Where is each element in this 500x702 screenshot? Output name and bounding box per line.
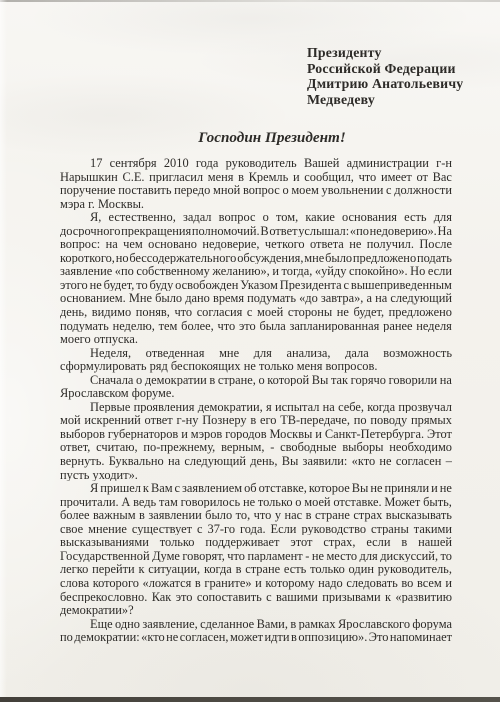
word: беспокоящих bbox=[171, 359, 241, 373]
word: рамках bbox=[299, 617, 336, 631]
word: сообщил, bbox=[304, 170, 354, 184]
word: прекращения bbox=[121, 224, 191, 238]
word: Нарышкин bbox=[60, 170, 118, 184]
text-line: сформулироватьрядбеспокоящихнетолькоменя… bbox=[60, 359, 452, 373]
word: то, bbox=[236, 508, 251, 522]
word: и bbox=[293, 170, 300, 184]
word: на bbox=[168, 454, 180, 468]
word: пришел bbox=[100, 481, 141, 495]
word: поставить bbox=[118, 183, 171, 197]
text-line: основанием.Мнебылодановремяподумать«доза… bbox=[60, 291, 452, 305]
word: мэра bbox=[60, 197, 85, 211]
word: согласен, bbox=[180, 630, 229, 644]
word: это bbox=[239, 319, 256, 333]
word: не bbox=[379, 454, 391, 468]
recipient-line: Медведеву bbox=[307, 92, 463, 108]
word: то bbox=[441, 549, 452, 563]
letter-body: 17сентября2010годаруководительВашейадмин… bbox=[60, 156, 452, 644]
word: вопрос bbox=[243, 183, 280, 197]
word: ТВ-передаче, bbox=[280, 413, 350, 427]
word: короткого, bbox=[60, 251, 115, 265]
word: напоминает bbox=[390, 630, 452, 644]
word: к bbox=[143, 481, 149, 495]
word: беспрекословно. bbox=[60, 590, 147, 604]
word: страх, bbox=[323, 535, 355, 549]
word: для bbox=[254, 346, 272, 360]
text-line: этогонебудет,тобудуосвобожденУказомПрези… bbox=[60, 278, 452, 292]
word: и bbox=[315, 427, 322, 441]
word: что bbox=[218, 319, 236, 333]
word: Президента bbox=[280, 278, 342, 292]
word: испытал bbox=[275, 400, 319, 414]
text-line: мойискреннийответг-нуПознерувегоТВ-перед… bbox=[60, 413, 452, 427]
word: в bbox=[209, 373, 215, 387]
text-line: подемократии:«ктонесогласен,можетидтивоп… bbox=[60, 630, 452, 644]
word: вопрос: bbox=[60, 237, 100, 251]
word: вопросов. bbox=[326, 359, 378, 373]
word: и bbox=[255, 576, 262, 590]
word: важным bbox=[93, 508, 136, 522]
word: моем bbox=[291, 183, 319, 197]
word: видимо bbox=[92, 305, 131, 319]
word: дано bbox=[185, 291, 210, 305]
word: к bbox=[385, 590, 391, 604]
word: слова bbox=[60, 576, 89, 590]
word: отставке, bbox=[259, 481, 307, 495]
paragraph: Ещеоднозаявление,сделанноеВами,врамкахЯр… bbox=[60, 617, 452, 644]
word: ответа bbox=[310, 237, 344, 251]
text-line: легкоперейтикситуации,когдавстранеестьто… bbox=[60, 562, 452, 576]
word: и bbox=[445, 576, 452, 590]
word: Вам bbox=[151, 481, 173, 495]
word: буду bbox=[150, 278, 174, 292]
word: меня bbox=[208, 170, 234, 184]
word: когда bbox=[204, 562, 232, 576]
word: свободные bbox=[280, 440, 336, 454]
word: день, bbox=[60, 305, 87, 319]
word: если bbox=[366, 535, 390, 549]
word: выборы bbox=[342, 440, 383, 454]
word: заявлении bbox=[148, 508, 201, 522]
word: задал bbox=[183, 210, 212, 224]
text-line: Ещеоднозаявление,сделанноеВами,врамкахЯр… bbox=[60, 617, 452, 631]
word: не bbox=[90, 278, 102, 292]
word: вопрос bbox=[219, 210, 256, 224]
word: высказываниями bbox=[60, 535, 149, 549]
word: «уйду bbox=[315, 264, 347, 278]
word: основания bbox=[342, 210, 397, 224]
text-line: вернуть.Буквальнонаследующийдень,Вызаяви… bbox=[60, 454, 452, 468]
word: Еще bbox=[90, 617, 113, 631]
word: дискуссий, bbox=[380, 549, 438, 563]
word: выборов bbox=[60, 427, 105, 441]
text-line: вопрос:начемоснованонедоверие,четкогоотв… bbox=[60, 237, 452, 251]
word: «по bbox=[350, 224, 369, 238]
word: парламент bbox=[247, 549, 302, 563]
word: граните» bbox=[204, 576, 251, 590]
word: существует bbox=[132, 522, 192, 536]
word: Ярославском bbox=[60, 386, 129, 400]
word: о bbox=[282, 183, 288, 197]
word: на bbox=[323, 400, 335, 414]
recipient-line: Президенту bbox=[307, 45, 463, 61]
word: что bbox=[227, 549, 245, 563]
word: идти bbox=[265, 630, 290, 644]
word: собственному bbox=[136, 264, 209, 278]
text-line: Первыепроявлениядемократии,яиспыталнасеб… bbox=[60, 400, 452, 414]
word: говорят, bbox=[182, 549, 224, 563]
scan-left-edge bbox=[0, 0, 7, 702]
word: Я, bbox=[90, 210, 101, 224]
text-line: беспрекословно.Какэтосопоставитьсвашимип… bbox=[60, 590, 452, 604]
word: - bbox=[270, 440, 274, 454]
word: день, bbox=[250, 454, 277, 468]
word: не bbox=[370, 481, 382, 495]
text-line: день,видимопоняв,чтосогласиясмоейстороны… bbox=[60, 305, 452, 319]
word: в bbox=[238, 170, 244, 184]
word: всем bbox=[417, 576, 442, 590]
text-line: своемнениесуществуетс37-гогода.Еслируков… bbox=[60, 522, 452, 536]
word: этот bbox=[290, 535, 312, 549]
word: искренний bbox=[84, 413, 140, 427]
word: Думе bbox=[152, 549, 180, 563]
word: быть, bbox=[423, 495, 452, 509]
word: руководство bbox=[301, 522, 366, 536]
word: поняв, bbox=[136, 305, 170, 319]
word: отведенная bbox=[146, 346, 205, 360]
word: к bbox=[138, 562, 144, 576]
word: Но bbox=[410, 264, 425, 278]
word: ситуации, bbox=[148, 562, 200, 576]
word: заявлением bbox=[182, 481, 242, 495]
word: анализа, bbox=[286, 346, 330, 360]
word: говорили bbox=[389, 373, 438, 387]
word: мне bbox=[304, 251, 324, 265]
word: Вы bbox=[312, 373, 329, 387]
word: прозвучал bbox=[398, 400, 452, 414]
word: нас bbox=[285, 508, 303, 522]
word: Вами, bbox=[257, 617, 288, 631]
word: но bbox=[116, 251, 129, 265]
word: ведь bbox=[133, 495, 156, 509]
word: Ярославского bbox=[338, 617, 410, 631]
text-line: выборовгубернаторовимэровгородовМосквыиС… bbox=[60, 427, 452, 441]
word: Вы bbox=[282, 454, 299, 468]
word: Вы bbox=[352, 481, 369, 495]
word: которому bbox=[265, 576, 314, 590]
recipient-block: ПрезидентуРоссийской ФедерацииДмитрию Ан… bbox=[307, 45, 463, 108]
word: форума bbox=[412, 617, 452, 631]
word: Если bbox=[271, 522, 297, 536]
word: стране bbox=[245, 562, 280, 576]
word: что bbox=[254, 508, 272, 522]
text-line: короткого,нобессодержательногообсуждения… bbox=[60, 251, 452, 265]
word: тем bbox=[159, 319, 178, 333]
word: более, bbox=[181, 319, 214, 333]
word: 17 bbox=[90, 156, 102, 170]
salutation-heading: Господин Президент! bbox=[60, 129, 468, 147]
word: одно bbox=[115, 617, 140, 631]
word: подумать bbox=[60, 319, 109, 333]
word: которое bbox=[309, 481, 350, 495]
word: прямых bbox=[411, 413, 452, 427]
word: стране bbox=[315, 508, 350, 522]
paragraph: Сначалаодемократиивстране,окоторойВытакг… bbox=[60, 373, 452, 400]
word: более bbox=[60, 508, 90, 522]
word: том, bbox=[276, 210, 298, 224]
word: которой bbox=[267, 373, 309, 387]
word: в bbox=[250, 413, 256, 427]
word: не bbox=[337, 305, 349, 319]
word: только bbox=[259, 359, 294, 373]
word: моей bbox=[257, 305, 283, 319]
word: проявления bbox=[134, 400, 195, 414]
word: демократии, bbox=[198, 400, 263, 414]
word: вашими bbox=[276, 590, 318, 604]
word: сделанное bbox=[200, 617, 254, 631]
word: только bbox=[310, 562, 345, 576]
word: основано bbox=[148, 237, 197, 251]
word: необходимо bbox=[389, 440, 452, 454]
word: ответ bbox=[145, 413, 173, 427]
word: предложено bbox=[389, 305, 452, 319]
word: Познеру bbox=[202, 413, 246, 427]
word: следующий bbox=[184, 454, 246, 468]
word: время bbox=[213, 291, 244, 305]
word: городов bbox=[225, 427, 266, 441]
word: мэров bbox=[191, 427, 223, 441]
text-line: поручениепоставитьпередомнойвопросомоему… bbox=[60, 183, 452, 197]
paragraph: Неделя,отведеннаямнедляанализа,далавозмо… bbox=[60, 346, 452, 373]
word: не bbox=[166, 630, 178, 644]
word: пусть bbox=[60, 468, 89, 482]
word: поводу bbox=[370, 413, 407, 427]
text-line: болееважнымвзаявлениибылото,чтоунасвстра… bbox=[60, 508, 452, 522]
word: мой bbox=[60, 413, 81, 427]
word: не bbox=[312, 549, 324, 563]
word: Может bbox=[384, 495, 420, 509]
word: Буквально bbox=[109, 454, 164, 468]
word: «кто bbox=[141, 630, 165, 644]
word: чем bbox=[123, 237, 143, 251]
word: у bbox=[275, 508, 281, 522]
word: надо bbox=[318, 576, 343, 590]
word: поддерживает bbox=[205, 535, 279, 549]
word: о bbox=[258, 373, 264, 387]
recipient-line: Дмитрию Анатольевичу bbox=[307, 76, 463, 92]
word: высказывать bbox=[386, 508, 452, 522]
word: основанием. bbox=[60, 291, 126, 305]
word: в bbox=[139, 508, 145, 522]
scanned-letter-page: ПрезидентуРоссийской ФедерацииДмитрию Ан… bbox=[0, 0, 500, 702]
word: Вашей bbox=[304, 156, 339, 170]
word: завтра», bbox=[321, 291, 364, 305]
word: на bbox=[440, 373, 452, 387]
word: какие bbox=[305, 210, 334, 224]
word: нашей bbox=[418, 535, 452, 549]
word: и bbox=[431, 481, 438, 495]
word: имеет bbox=[381, 170, 412, 184]
text-line: Сначалаодемократиивстране,окоторойВытакг… bbox=[60, 373, 452, 387]
word: 37-го bbox=[208, 522, 236, 536]
word: предложено bbox=[353, 251, 416, 265]
word: естественно, bbox=[109, 210, 176, 224]
word: Москвы bbox=[269, 427, 312, 441]
word: перейти bbox=[92, 562, 135, 576]
word: а bbox=[367, 291, 373, 305]
word: недоверие, bbox=[202, 237, 259, 251]
word: вернуть. bbox=[60, 454, 104, 468]
word: следовать bbox=[346, 576, 397, 590]
scan-top-edge bbox=[0, 0, 500, 2]
word: меня bbox=[297, 359, 323, 373]
word: Указом bbox=[240, 278, 278, 292]
text-line: подуматьнеделю,темболее,чтоэтобылазаплан… bbox=[60, 319, 452, 333]
word: Это bbox=[369, 630, 389, 644]
word: с bbox=[386, 183, 392, 197]
word: «развитию bbox=[395, 590, 452, 604]
word: такими bbox=[414, 522, 452, 536]
word: и bbox=[272, 264, 279, 278]
word: с bbox=[343, 278, 349, 292]
word: по bbox=[354, 413, 367, 427]
word: моего bbox=[60, 332, 91, 346]
word: с bbox=[175, 481, 181, 495]
text-line: 17сентября2010годаруководительВашейадмин… bbox=[60, 156, 452, 170]
word: «кто bbox=[352, 454, 376, 468]
word: обсуждения, bbox=[237, 251, 303, 265]
word: - bbox=[305, 549, 309, 563]
word: Кремль bbox=[249, 170, 289, 184]
word: желанию», bbox=[212, 264, 269, 278]
word: не bbox=[349, 237, 361, 251]
word: и bbox=[181, 427, 188, 441]
word: дала bbox=[345, 346, 369, 360]
text-line: Я,естественно,задалвопросотом,какиеоснов… bbox=[60, 210, 452, 224]
paragraph: Первыепроявлениядемократии,яиспыталнасеб… bbox=[60, 400, 452, 481]
word: освобожден bbox=[175, 278, 238, 292]
word: сформулировать bbox=[60, 359, 147, 373]
word: есть bbox=[404, 210, 426, 224]
word: с bbox=[266, 590, 272, 604]
word: С.Е. bbox=[122, 170, 144, 184]
word: в bbox=[401, 535, 407, 549]
word: что bbox=[359, 170, 377, 184]
word: «до bbox=[299, 291, 318, 305]
word: не bbox=[243, 495, 255, 509]
word: Санкт-Петербурга. bbox=[325, 427, 424, 441]
word: о bbox=[295, 495, 301, 509]
word: А bbox=[121, 495, 130, 509]
word: в bbox=[236, 562, 242, 576]
word: верным, bbox=[221, 440, 264, 454]
word: горячо bbox=[351, 373, 386, 387]
word: считаю, bbox=[96, 440, 138, 454]
word: губернаторов bbox=[108, 427, 178, 441]
word: об bbox=[244, 481, 257, 495]
word: этого bbox=[60, 278, 88, 292]
word: может bbox=[230, 630, 263, 644]
text-line: прочитали.Аведьтамговорилосьнетолькоомое… bbox=[60, 495, 452, 509]
word: так bbox=[331, 373, 348, 387]
word: «по bbox=[115, 264, 134, 278]
text-line: ЯпришелкВамсзаявлениемоботставке,которое… bbox=[60, 481, 452, 495]
text-line: Неделя,отведеннаямнедляанализа,далавозмо… bbox=[60, 346, 452, 360]
word: пригласил bbox=[149, 170, 203, 184]
word: страх bbox=[353, 508, 382, 522]
text-line: заявление«пособственномужеланию»,итогда,… bbox=[60, 264, 452, 278]
word: спокойно». bbox=[349, 264, 408, 278]
word: досрочного bbox=[60, 224, 120, 238]
word: там bbox=[159, 495, 178, 509]
word: с bbox=[197, 522, 203, 536]
word: стороны bbox=[288, 305, 332, 319]
text-line: досрочногопрекращенияполномочий.Вответус… bbox=[60, 224, 452, 238]
word: по bbox=[60, 630, 73, 644]
word: г-ну bbox=[176, 413, 198, 427]
word: было bbox=[155, 291, 182, 305]
word: демократии»? bbox=[60, 603, 134, 617]
word: которого bbox=[93, 576, 139, 590]
word: услышал: bbox=[298, 224, 349, 238]
word: говорилось bbox=[181, 495, 241, 509]
text-line: Ярославскомфоруме. bbox=[60, 386, 452, 400]
paragraph: 17сентября2010годаруководительВашейадмин… bbox=[60, 156, 452, 210]
word: не bbox=[440, 481, 452, 495]
word: неделю, bbox=[113, 319, 155, 333]
word: оппозицию». bbox=[298, 630, 367, 644]
word: для bbox=[434, 210, 452, 224]
word: по-прежнему, bbox=[143, 440, 215, 454]
word: – bbox=[446, 454, 452, 468]
word: себе, bbox=[338, 400, 364, 414]
word: уходит». bbox=[93, 468, 138, 482]
word: страны bbox=[371, 522, 409, 536]
paragraph: Я,естественно,задалвопросотом,какиеоснов… bbox=[60, 210, 452, 345]
word: передо bbox=[174, 183, 210, 197]
word: недоверию». bbox=[370, 224, 437, 238]
word: о bbox=[136, 373, 142, 387]
word: форуме. bbox=[132, 386, 175, 400]
word: будет, bbox=[104, 278, 135, 292]
word: в bbox=[306, 508, 312, 522]
word: ответ, bbox=[60, 440, 90, 454]
word: сентября bbox=[110, 156, 157, 170]
text-line: НарышкинС.Е.пригласилменявКремльисообщил… bbox=[60, 170, 452, 184]
word: с bbox=[247, 305, 253, 319]
word: согласия bbox=[197, 305, 243, 319]
word: свое bbox=[60, 522, 83, 536]
word: легко bbox=[60, 562, 88, 576]
word: на bbox=[106, 237, 118, 251]
word: что bbox=[174, 305, 192, 319]
word: г-н bbox=[436, 156, 452, 170]
word: демократии: bbox=[74, 630, 139, 644]
word: сопоставить bbox=[197, 590, 262, 604]
text-line: высказываниямитолькоподдерживаетэтотстра… bbox=[60, 535, 452, 549]
word: его bbox=[260, 413, 276, 427]
word: будет, bbox=[353, 305, 384, 319]
word: должности bbox=[394, 183, 452, 197]
word: В bbox=[260, 224, 268, 238]
word: демократии bbox=[145, 373, 207, 387]
word: Мне bbox=[129, 291, 152, 305]
word: когда bbox=[367, 400, 395, 414]
word: о bbox=[263, 210, 269, 224]
word: я bbox=[266, 400, 272, 414]
word: мнение bbox=[88, 522, 127, 536]
word: года bbox=[196, 156, 218, 170]
